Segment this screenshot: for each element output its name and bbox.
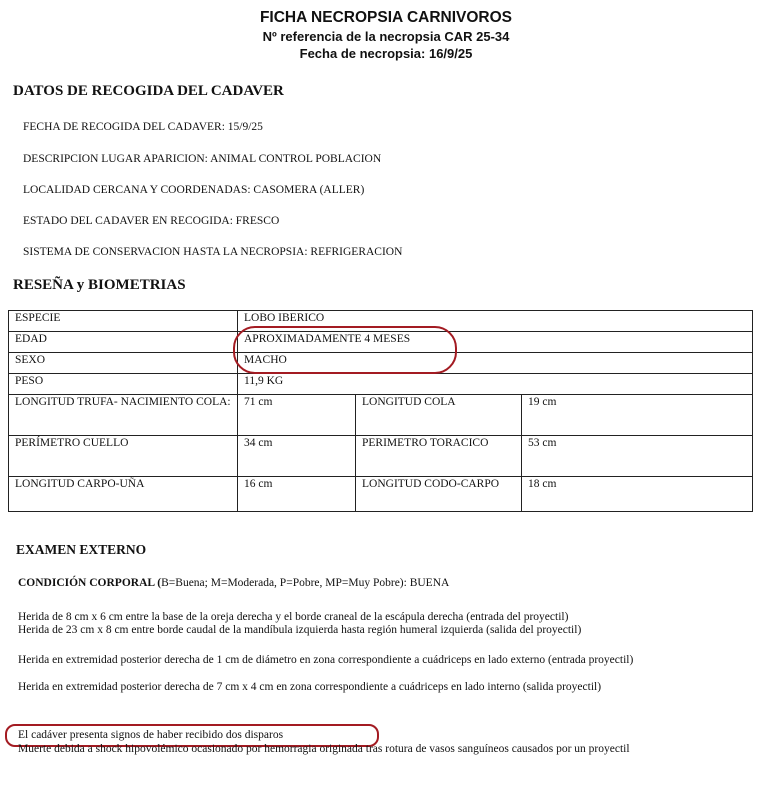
section-heading-recogida: DATOS DE RECOGIDA DEL CADAVER — [13, 83, 284, 100]
section-heading-examen: EXAMEN EXTERNO — [16, 542, 146, 558]
measure-value: 71 cm — [238, 395, 356, 436]
row-label: SEXO — [9, 353, 238, 374]
reference-number: Nº referencia de la necropsia CAR 25-34 — [4, 28, 764, 45]
field-localidad: LOCALIDAD CERCANA Y COORDENADAS: CASOMER… — [23, 184, 364, 196]
row-label: EDAD — [9, 332, 238, 353]
section-heading-biometrias: RESEÑA y BIOMETRIAS — [13, 277, 186, 294]
document-title: FICHA NECROPSIA CARNIVOROS — [4, 8, 764, 28]
table-row: SEXO MACHO — [9, 353, 753, 374]
measure-value: 18 cm — [522, 477, 753, 512]
measure-label: LONGITUD TRUFA- NACIMIENTO COLA: — [9, 395, 238, 436]
measure-value: 34 cm — [238, 436, 356, 477]
row-label: PESO — [9, 374, 238, 395]
causa-muerte: Muerte debida a shock hipovolémico ocasi… — [18, 743, 763, 756]
row-label: ESPECIE — [9, 311, 238, 332]
row-value: APROXIMADAMENTE 4 MESES — [238, 332, 753, 353]
herida-4: Herida en extremidad posterior derecha d… — [18, 681, 758, 694]
measure-value: 16 cm — [238, 477, 356, 512]
herida-3: Herida en extremidad posterior derecha d… — [18, 654, 718, 667]
field-lugar-aparicion: DESCRIPCION LUGAR APARICION: ANIMAL CONT… — [23, 153, 381, 165]
measure-value: 19 cm — [522, 395, 753, 436]
table-row: ESPECIE LOBO IBERICO — [9, 311, 753, 332]
row-value: LOBO IBERICO — [238, 311, 753, 332]
conclusion-disparos: El cadáver presenta signos de haber reci… — [18, 729, 758, 742]
condicion-value: B=Buena; M=Moderada, P=Pobre, MP=Muy Pob… — [161, 577, 449, 589]
table-row: PERÍMETRO CUELLO 34 cm PERIMETRO TORACIC… — [9, 436, 753, 477]
measure-label: PERÍMETRO CUELLO — [9, 436, 238, 477]
row-value: 11,9 KG — [238, 374, 753, 395]
table-row: PESO 11,9 KG — [9, 374, 753, 395]
document-header: FICHA NECROPSIA CARNIVOROS Nº referencia… — [0, 8, 764, 62]
field-conservacion: SISTEMA DE CONSERVACION HASTA LA NECROPS… — [23, 246, 402, 258]
field-fecha-recogida: FECHA DE RECOGIDA DEL CADAVER: 15/9/25 — [23, 121, 263, 133]
measure-label: LONGITUD COLA — [356, 395, 522, 436]
herida-1: Herida de 8 cm x 6 cm entre la base de l… — [18, 611, 758, 624]
measure-label: LONGITUD CODO-CARPO — [356, 477, 522, 512]
field-estado-cadaver: ESTADO DEL CADAVER EN RECOGIDA: FRESCO — [23, 215, 279, 227]
measure-label: PERIMETRO TORACICO — [356, 436, 522, 477]
necropsy-date: Fecha de necropsia: 16/9/25 — [4, 45, 764, 62]
measure-value: 53 cm — [522, 436, 753, 477]
condicion-label: CONDICIÓN CORPORAL ( — [18, 577, 161, 589]
table-row: EDAD APROXIMADAMENTE 4 MESES — [9, 332, 753, 353]
row-value: MACHO — [238, 353, 753, 374]
table-row: LONGITUD TRUFA- NACIMIENTO COLA: 71 cm L… — [9, 395, 753, 436]
condicion-corporal: CONDICIÓN CORPORAL (B=Buena; M=Moderada,… — [18, 577, 758, 590]
biometrics-table: ESPECIE LOBO IBERICO EDAD APROXIMADAMENT… — [8, 310, 753, 512]
herida-2: Herida de 23 cm x 8 cm entre borde cauda… — [18, 624, 758, 637]
measure-label: LONGITUD CARPO-UÑA — [9, 477, 238, 512]
table-row: LONGITUD CARPO-UÑA 16 cm LONGITUD CODO-C… — [9, 477, 753, 512]
